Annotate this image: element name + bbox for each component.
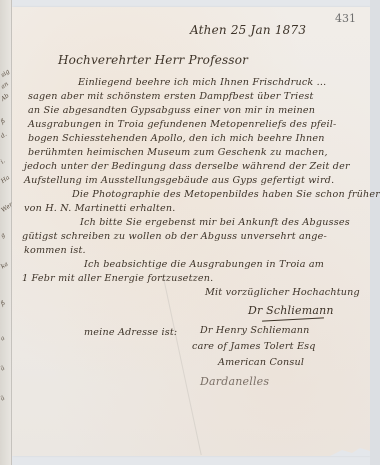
- body-line: Die Photographie des Metopenbildes haben…: [72, 190, 380, 200]
- margin-fragment: Ha: [0, 174, 11, 185]
- closing: Mit vorzüglicher Hochachtung: [205, 288, 360, 298]
- body-line: sagen aber mit schönstem ersten Dampfbes…: [28, 92, 314, 102]
- margin-fragment: ka: [0, 261, 10, 271]
- body-line: Ausgrabungen in Troia gefundenen Metopen…: [28, 120, 336, 130]
- address-line: care of James Tolert Esq: [192, 342, 316, 352]
- body-line: kommen ist.: [24, 246, 86, 256]
- page-number: 431: [335, 12, 356, 25]
- adjacent-page-edge: sig an Ab ß d. i. Ha Wer g ka ß a ä ä: [0, 0, 12, 465]
- body-line: jedoch unter der Bedingung dass derselbe…: [24, 162, 350, 172]
- address-line: Dr Henry Schliemann: [200, 326, 310, 336]
- margin-fragment: a: [0, 335, 6, 343]
- body-line: Einliegend beehre ich mich Ihnen Frischd…: [78, 78, 326, 88]
- margin-fragment: sig: [0, 68, 11, 79]
- date-line: Athen 25 Jan 1873: [190, 24, 306, 36]
- margin-fragment: ß: [0, 117, 7, 125]
- body-line: bogen Schiesstehenden Apollo, den ich mi…: [28, 134, 325, 144]
- body-line: von H. N. Martinetti erhalten.: [24, 204, 176, 214]
- margin-fragment: ä: [0, 395, 6, 403]
- body-line: Ich bitte Sie ergebenst mir bei Ankunft …: [80, 218, 350, 228]
- margin-fragment: d.: [0, 131, 8, 140]
- address-line: Dardanelles: [200, 376, 269, 387]
- margin-fragment: Ab: [0, 92, 10, 102]
- body-line: 1 Febr mit aller Energie fortzusetzen.: [22, 274, 213, 284]
- address-line: American Consul: [218, 358, 304, 368]
- body-line: berühmten heimischen Museum zum Geschenk…: [28, 148, 328, 158]
- signature: Dr Schliemann: [248, 305, 334, 316]
- margin-fragment: ß: [0, 299, 7, 307]
- scanned-letter: sig an Ab ß d. i. Ha Wer g ka ß a ä ä 43…: [0, 0, 380, 465]
- torn-corner: [330, 446, 370, 456]
- margin-fragment: i.: [0, 158, 6, 166]
- margin-fragment: g: [0, 232, 7, 240]
- scan-right-margin: [370, 0, 380, 465]
- address-label: meine Adresse ist:: [84, 328, 177, 338]
- body-line: gütigst schreiben zu wollen ob der Abgus…: [22, 232, 327, 242]
- body-line: an Sie abgesandten Gypsabguss einer von …: [28, 106, 315, 116]
- paper-fold-crease: [163, 279, 201, 455]
- body-line: Aufstellung im Ausstellungsgebäude aus G…: [24, 176, 334, 186]
- salutation: Hochverehrter Herr Professor: [58, 54, 248, 66]
- margin-fragment: ä: [0, 365, 6, 373]
- margin-fragment: an: [0, 80, 10, 90]
- body-line: Ich beabsichtige die Ausgrabungen in Tro…: [84, 260, 324, 270]
